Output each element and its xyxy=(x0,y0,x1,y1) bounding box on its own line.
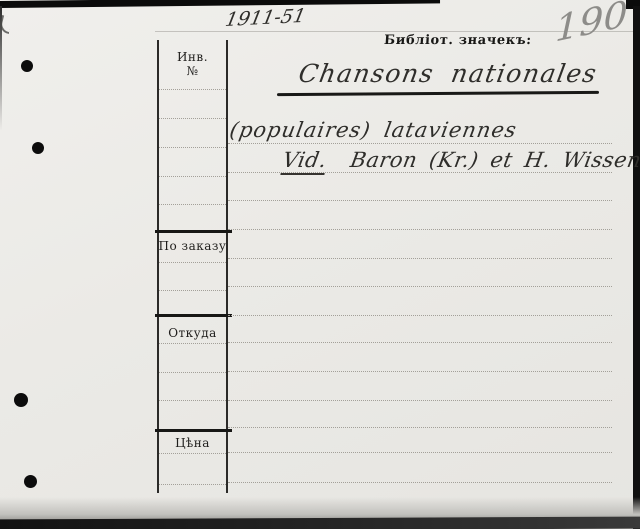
ruled-line xyxy=(159,118,226,119)
column-right-line xyxy=(226,40,228,493)
ruled-line xyxy=(228,143,612,144)
ruled-line xyxy=(159,372,226,373)
ruled-line xyxy=(228,200,612,201)
scan-top-border xyxy=(0,0,440,8)
field-label-inventory-line2: № xyxy=(158,64,227,78)
scan-right-border xyxy=(633,6,640,529)
ruled-line xyxy=(228,371,612,372)
hole-punch xyxy=(24,475,37,488)
catalog-card-scan: Инв. № По заказу Откуда Цѣна Библіот. зн… xyxy=(0,0,640,529)
column-left-line xyxy=(157,40,159,493)
hole-punch xyxy=(14,393,28,407)
ruled-line xyxy=(228,482,612,483)
field-label-inventory-line1: Инв. xyxy=(158,50,227,64)
reference-authors: Baron (Kr.) et H. Wissendorff xyxy=(349,148,640,172)
ruled-line xyxy=(159,204,226,205)
field-label-by-order: По заказу xyxy=(158,239,227,253)
title-underline xyxy=(277,91,599,96)
card-subtitle-handwritten: (populaires) lataviennes xyxy=(228,118,519,142)
field-label-price: Цѣна xyxy=(158,436,227,450)
ruled-line xyxy=(159,89,226,90)
ruled-line xyxy=(228,452,612,453)
reference-line: Vid.Baron (Kr.) et H. Wissendorff xyxy=(281,148,640,172)
ruled-line xyxy=(159,290,226,291)
ruled-line xyxy=(228,427,612,428)
ruled-line xyxy=(228,400,612,401)
column-divider xyxy=(155,429,232,432)
hole-punch xyxy=(32,142,44,154)
reference-prefix: Vid. xyxy=(280,148,328,175)
ruled-line xyxy=(228,286,612,287)
field-label-from-where: Откуда xyxy=(158,326,227,340)
library-mark-label: Библіот. значекъ: xyxy=(383,33,532,48)
scan-bottom-border xyxy=(0,517,640,529)
column-divider xyxy=(155,314,232,317)
ruled-line xyxy=(159,176,226,177)
ruled-line xyxy=(228,258,612,259)
ruled-line xyxy=(159,262,226,263)
ruled-line xyxy=(159,453,226,454)
ruled-line xyxy=(228,229,612,230)
ruled-line xyxy=(159,400,226,401)
archive-number-handwritten: 1911-51 xyxy=(223,5,307,31)
column-divider xyxy=(155,230,232,233)
hole-punch xyxy=(21,60,33,72)
ruled-line xyxy=(228,342,612,343)
ruled-line xyxy=(159,147,226,148)
ruled-line xyxy=(228,315,612,316)
ruled-line xyxy=(159,343,226,344)
page-number-pencil: 190 xyxy=(555,0,629,50)
card-title-handwritten: Chansons nationales xyxy=(296,59,599,88)
ruled-line xyxy=(159,484,226,485)
